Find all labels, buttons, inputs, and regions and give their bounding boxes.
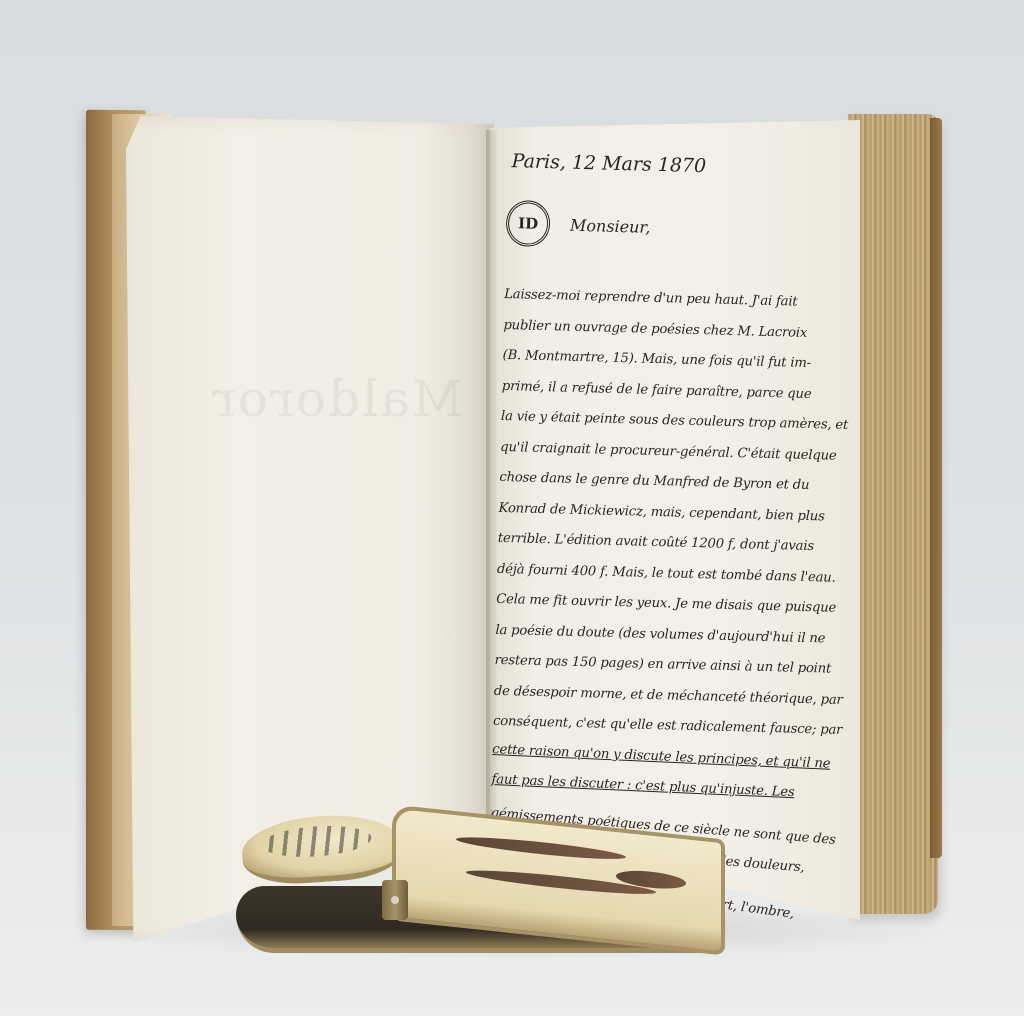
monogram-seal-icon: ID	[505, 200, 550, 247]
salutation-row: ID Monsieur,	[505, 200, 826, 254]
clip-hinge	[382, 880, 408, 920]
handwritten-letter: Paris, 12 Mars 1870 ID Monsieur, Laissez…	[489, 150, 828, 898]
clip-fan-end-icon	[240, 810, 404, 887]
letter-salutation: Monsieur,	[570, 215, 651, 236]
photo-scene: Maldoror Paris, 12 Mars 1870 ID Monsieur…	[0, 0, 1024, 1016]
book-cover-right	[930, 118, 942, 858]
enamel-clip	[232, 808, 722, 953]
showthrough-title: Maldoror	[210, 370, 463, 428]
page-block-fore-edge	[848, 114, 938, 914]
letter-body: Laissez-moi reprendre d'un peu haut. J'a…	[489, 280, 825, 898]
fish-motif-icon	[456, 833, 626, 863]
